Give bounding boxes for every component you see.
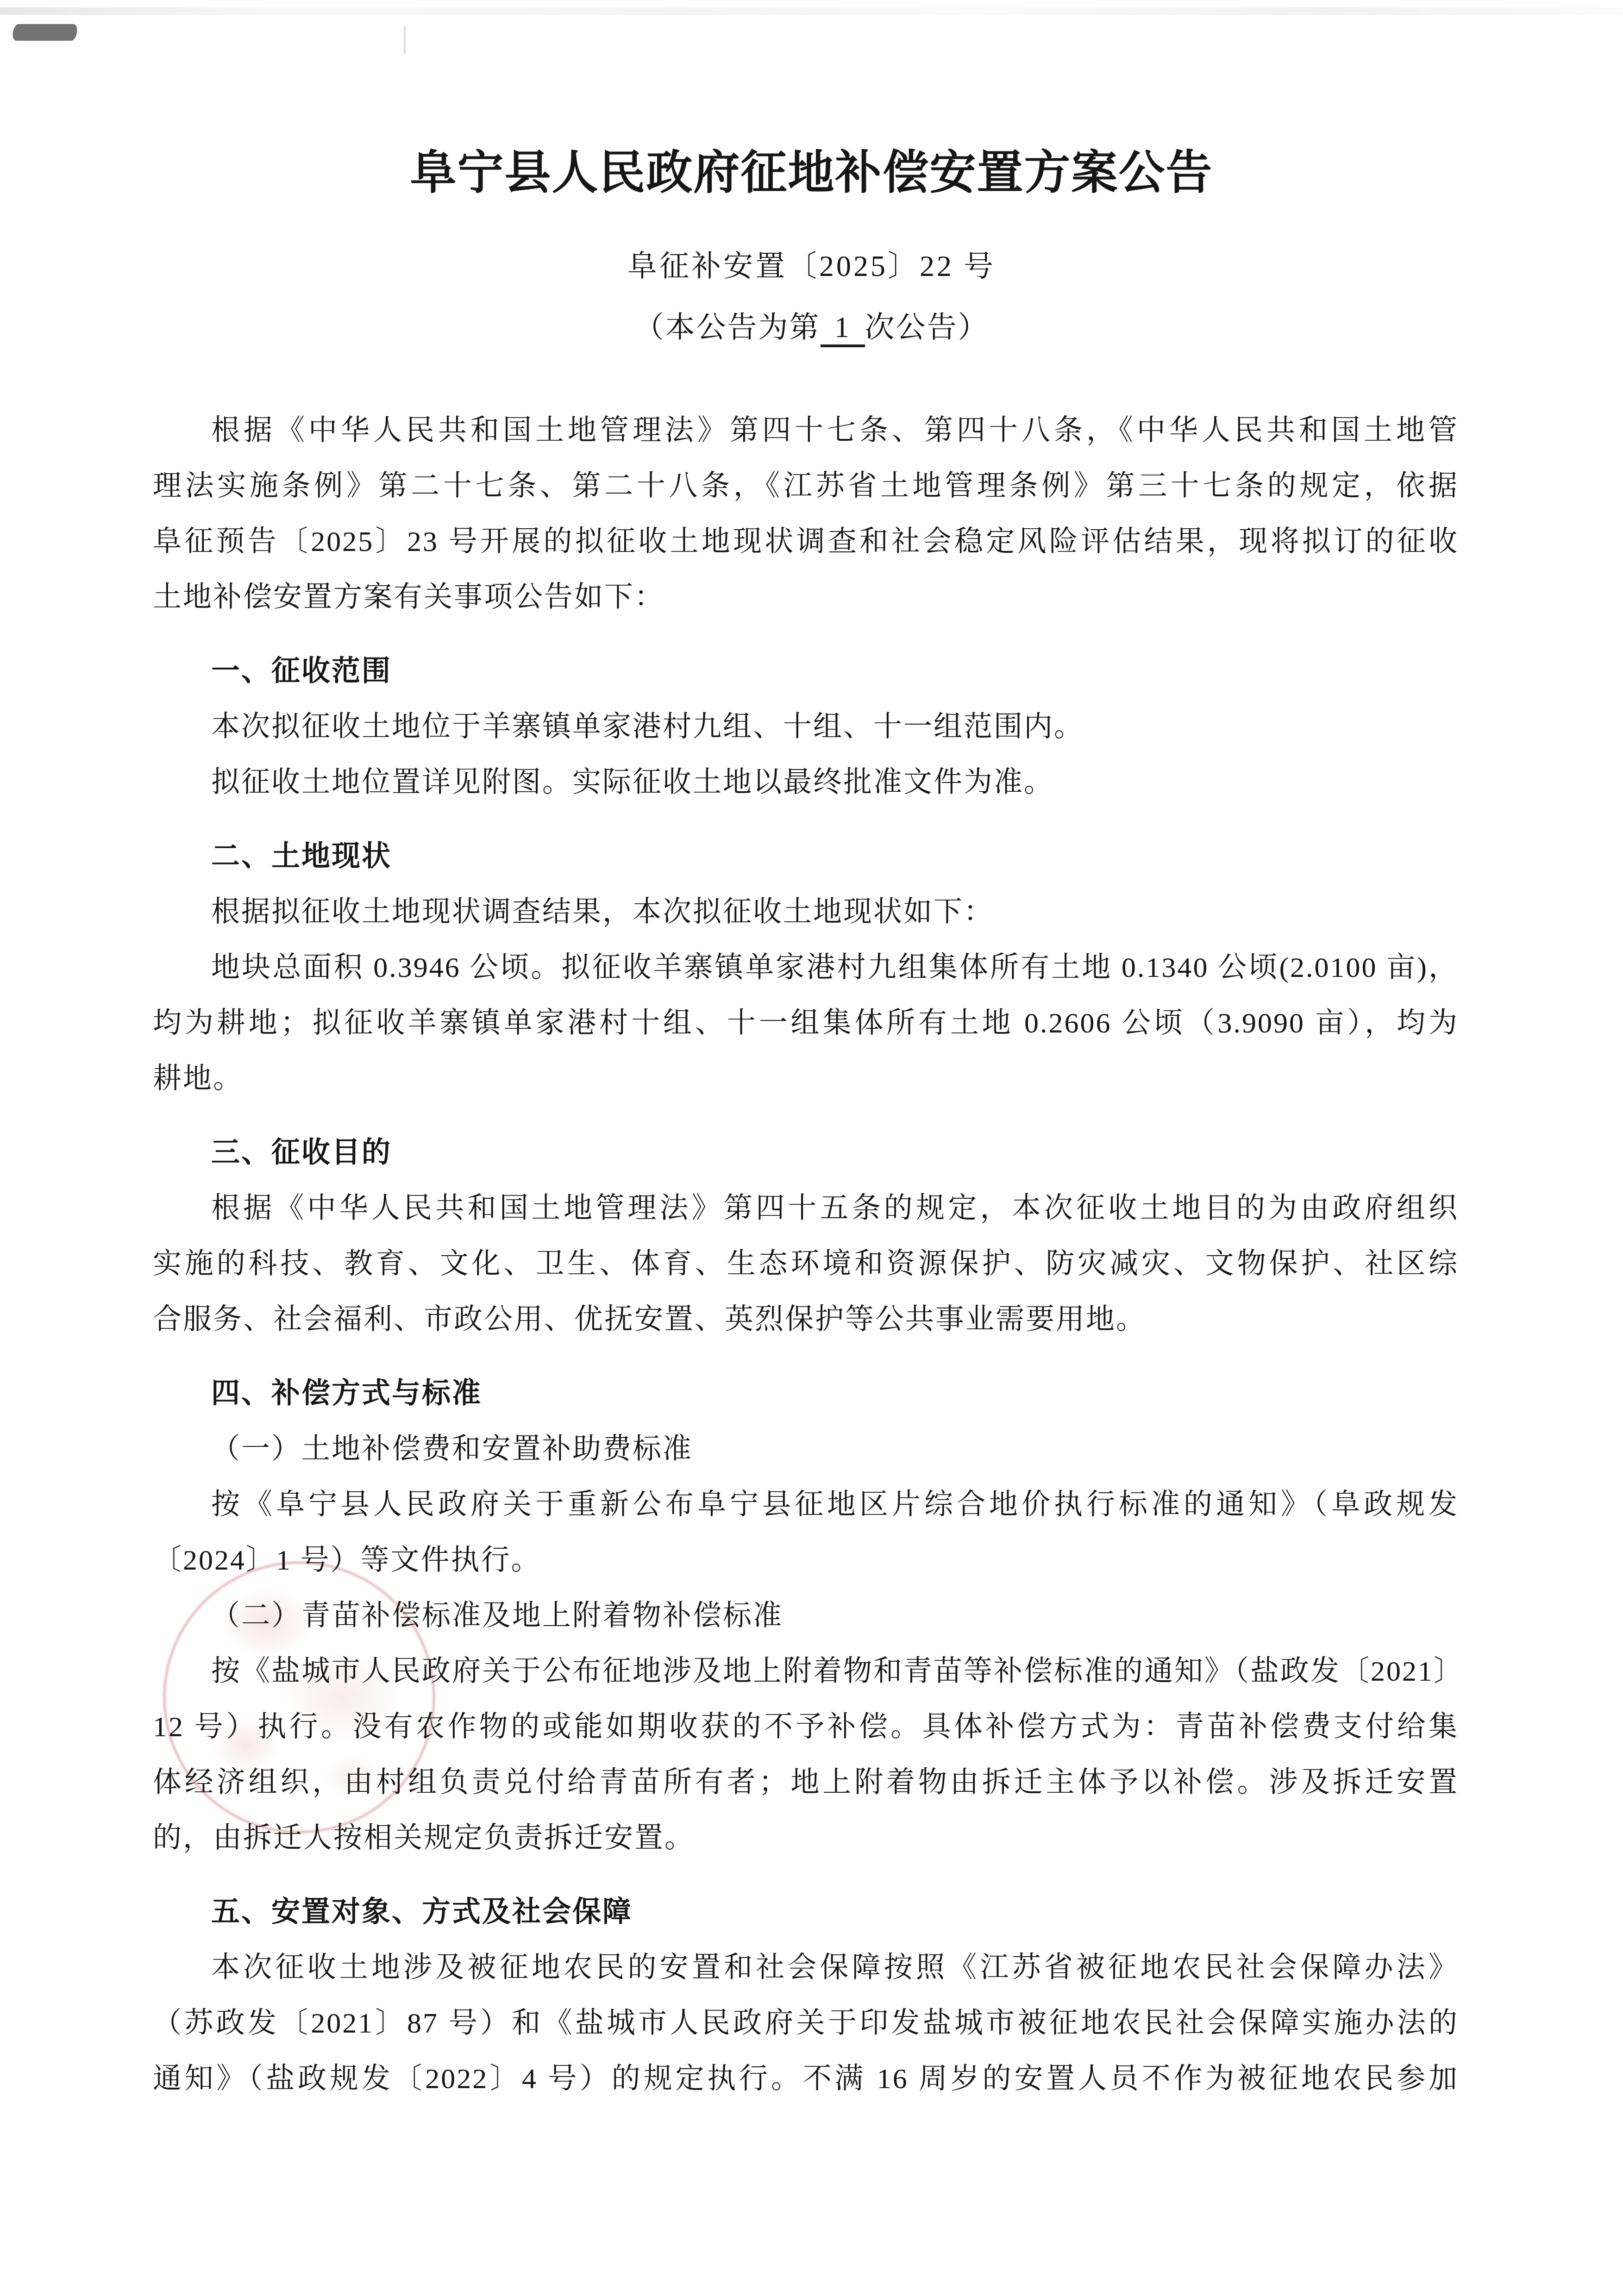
text-line: 体经济组织，由村组负责兑付给青苗所有者；地上附着物由拆迁主体予以补偿。涉及拆迁安… bbox=[153, 1755, 1459, 1810]
text-line: 合服务、社会福利、市政公用、优抚安置、英烈保护等公共事业需要用地。 bbox=[153, 1292, 1459, 1347]
scanned-document-page: 阜宁县人民政府征地补偿安置方案公告 阜征补安置〔2025〕22 号 （本公告为第… bbox=[0, 0, 1623, 2296]
scan-artifact-tick bbox=[404, 27, 406, 54]
scan-artifact-top-streak bbox=[0, 7, 1623, 15]
notice-count-number: 1 bbox=[821, 311, 865, 347]
text-line: 的，由拆迁人按相关规定负责拆迁安置。 bbox=[153, 1810, 1459, 1866]
scan-artifact-corner-smudge bbox=[12, 24, 78, 41]
text-line: 土地补偿安置方案有关事项公告如下： bbox=[153, 569, 1459, 625]
text-line: 按《阜宁县人民政府关于重新公布阜宁县征地区片综合地价执行标准的通知》（阜政规发 bbox=[153, 1477, 1459, 1533]
text-line: 根据《中华人民共和国土地管理法》第四十七条、第四十八条，《中华人民共和国土地管 bbox=[153, 403, 1459, 458]
section-heading: 三、征收目的 bbox=[153, 1125, 1459, 1181]
text-line: 根据《中华人民共和国土地管理法》第四十五条的规定，本次征收土地目的为由政府组织 bbox=[153, 1181, 1459, 1236]
text-line: （二）青苗补偿标准及地上附着物补偿标准 bbox=[153, 1588, 1459, 1644]
notice-count-line: （本公告为第1次公告） bbox=[0, 311, 1623, 347]
text-line: （一）土地补偿费和安置补助费标准 bbox=[153, 1421, 1459, 1477]
text-line: 拟征收土地位置详见附图。实际征收土地以最终批准文件为准。 bbox=[153, 755, 1459, 810]
text-line: （苏政发〔2021〕87 号）和《盐城市人民政府关于印发盐城市被征地农民社会保障… bbox=[153, 1996, 1459, 2051]
section-heading: 四、补偿方式与标准 bbox=[153, 1366, 1459, 1421]
document-number: 阜征补安置〔2025〕22 号 bbox=[0, 250, 1623, 282]
notice-prefix: （本公告为第 bbox=[634, 311, 821, 344]
text-line: 本次拟征收土地位于羊寨镇单家港村九组、十组、十一组范围内。 bbox=[153, 699, 1459, 755]
text-line: 通知》（盐政规发〔2022〕4 号）的规定执行。不满 16 周岁的安置人员不作为… bbox=[153, 2051, 1459, 2107]
text-line: 根据拟征收土地现状调查结果，本次拟征收土地现状如下： bbox=[153, 884, 1459, 940]
text-line: 阜征预告〔2025〕23 号开展的拟征收土地现状调查和社会稳定风险评估结果，现将… bbox=[153, 514, 1459, 569]
page-title: 阜宁县人民政府征地补偿安置方案公告 bbox=[0, 147, 1623, 198]
text-line: 12 号）执行。没有农作物的或能如期收获的不予补偿。具体补偿方式为：青苗补偿费支… bbox=[153, 1699, 1459, 1755]
text-line: 实施的科技、教育、文化、卫生、体育、生态环境和资源保护、防灾减灾、文物保护、社区… bbox=[153, 1236, 1459, 1292]
section-heading: 一、征收范围 bbox=[153, 644, 1459, 699]
section-heading: 五、安置对象、方式及社会保障 bbox=[153, 1884, 1459, 1940]
text-line: 均为耕地；拟征收羊寨镇单家港村十组、十一组集体所有土地 0.2606 公顷（3.… bbox=[153, 995, 1459, 1051]
text-line: 〔2024〕1 号）等文件执行。 bbox=[153, 1533, 1459, 1588]
text-line: 理法实施条例》第二十七条、第二十八条，《江苏省土地管理条例》第三十七条的规定，依… bbox=[153, 458, 1459, 514]
text-line: 地块总面积 0.3946 公顷。拟征收羊寨镇单家港村九组集体所有土地 0.134… bbox=[153, 940, 1459, 995]
notice-suffix: 次公告） bbox=[865, 311, 989, 344]
text-line: 本次征收土地涉及被征地农民的安置和社会保障按照《江苏省被征地农民社会保障办法》 bbox=[153, 1940, 1459, 1996]
section-heading: 二、土地现状 bbox=[153, 829, 1459, 884]
text-line: 按《盐城市人民政府关于公布征地涉及地上附着物和青苗等补偿标准的通知》（盐政发〔2… bbox=[153, 1644, 1459, 1699]
text-line: 耕地。 bbox=[153, 1051, 1459, 1107]
document-body: 根据《中华人民共和国土地管理法》第四十七条、第四十八条，《中华人民共和国土地管理… bbox=[153, 403, 1459, 2107]
